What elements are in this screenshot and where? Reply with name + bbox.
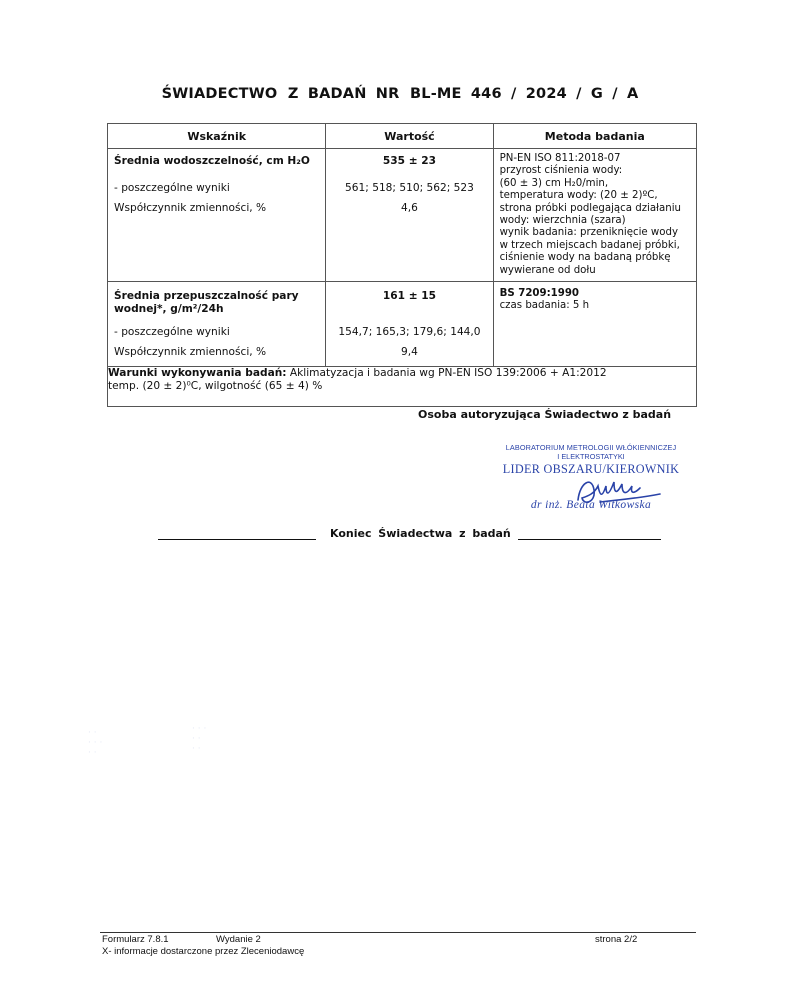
conditions-line2: temp. (20 ± 2)⁰C, wilgotność (65 ± 4) % xyxy=(108,380,696,393)
method-line: wywierane od dołu xyxy=(500,265,690,277)
method-line: wynik badania: przeniknięcie wody xyxy=(500,227,690,239)
authorizing-person-label: Osoba autoryzująca Świadectwo z badań xyxy=(418,408,671,421)
header-value: Wartość xyxy=(326,124,493,149)
cv-value: 4,6 xyxy=(332,198,486,218)
individual-results-label: - poszczególne wyniki xyxy=(114,322,319,342)
method-line: czas badania: 5 h xyxy=(500,300,690,312)
signature-icon xyxy=(570,472,680,512)
method-line: strona próbki podlegająca działaniu xyxy=(500,203,690,215)
value-cell: 535 ± 23 561; 518; 510; 562; 523 4,6 xyxy=(326,149,493,282)
method-line: ciśnienie wody na badaną próbkę xyxy=(500,252,690,264)
footnote: X- informacje dostarczone przez Zlecenio… xyxy=(102,946,304,958)
conditions-label: Warunki wykonywania badań: xyxy=(108,367,287,379)
method-line: temperatura wody: (20 ± 2)ºC, xyxy=(500,190,690,202)
individual-results-label: - poszczególne wyniki xyxy=(114,178,319,198)
conditions-text: Aklimatyzacja i badania wg PN-EN ISO 139… xyxy=(287,367,607,379)
results-table: Wskaźnik Wartość Metoda badania Średnia … xyxy=(107,123,697,407)
mean-value: 535 ± 23 xyxy=(332,154,486,178)
stamp-lab-name: LABORATORIUM METROLOGII WŁÓKIENNICZEJ xyxy=(500,443,682,452)
individual-results: 154,7; 165,3; 179,6; 144,0 xyxy=(332,322,486,342)
stamp-lab-name-2: I ELEKTROSTATYKI xyxy=(500,452,682,461)
method-line: przyrost ciśnienia wody: xyxy=(500,165,690,177)
divider-right xyxy=(518,539,661,540)
title-part2: Z BADAŃ NR xyxy=(288,86,400,102)
faint-watermark-left: · ·· · · · · xyxy=(88,728,102,758)
method-line: wody: wierzchnia (szara) xyxy=(500,215,690,227)
method-line: PN-EN ISO 811:2018-07 xyxy=(500,153,690,165)
table-row: Średnia przepuszczalność pary wodnej*, g… xyxy=(108,282,697,367)
indicator-cell: Średnia przepuszczalność pary wodnej*, g… xyxy=(108,282,326,367)
method-cell: PN-EN ISO 811:2018-07 przyrost ciśnienia… xyxy=(493,149,696,282)
value-cell: 161 ± 15 154,7; 165,3; 179,6; 144,0 9,4 xyxy=(326,282,493,367)
conditions-row: Warunki wykonywania badań: Aklimatyzacja… xyxy=(108,367,697,407)
cv-label: Współczynnik zmienności, % xyxy=(114,342,319,362)
certificate-number: BL-ME 446 / 2024 / G / A xyxy=(410,86,638,102)
method-cell: BS 7209:1990 czas badania: 5 h xyxy=(493,282,696,367)
form-number: Formularz 7.8.1 xyxy=(102,934,169,946)
end-marker-label: Koniec Świadectwa z badań xyxy=(330,527,511,540)
header-method: Metoda badania xyxy=(493,124,696,149)
page-number: strona 2/2 xyxy=(595,934,637,946)
indicator-name: Średnia wodoszczelność, cm H₂O xyxy=(114,154,319,178)
indicator-name: Średnia przepuszczalność pary wodnej*, g… xyxy=(114,287,319,322)
header-indicator: Wskaźnik xyxy=(108,124,326,149)
faint-watermark-right: · · · · ·· · xyxy=(192,724,206,754)
individual-results: 561; 518; 510; 562; 523 xyxy=(332,178,486,198)
indicator-cell: Średnia wodoszczelność, cm H₂O - poszcze… xyxy=(108,149,326,282)
cv-value: 9,4 xyxy=(332,342,486,362)
title-part1: ŚWIADECTWO xyxy=(162,86,278,102)
document-title: ŚWIADECTWO Z BADAŃ NR BL-ME 446 / 2024 /… xyxy=(0,86,800,102)
edition: Wydanie 2 xyxy=(216,934,261,946)
footer-divider xyxy=(100,932,696,933)
divider-left xyxy=(158,539,316,540)
method-standard: BS 7209:1990 xyxy=(500,288,690,300)
conditions-cell: Warunki wykonywania badań: Aklimatyzacja… xyxy=(108,367,697,407)
mean-value: 161 ± 15 xyxy=(332,287,486,322)
method-line: w trzech miejscach badanej próbki, xyxy=(500,240,690,252)
table-row: Średnia wodoszczelność, cm H₂O - poszcze… xyxy=(108,149,697,282)
method-line: (60 ± 3) cm H₂0/min, xyxy=(500,178,690,190)
table-header-row: Wskaźnik Wartość Metoda badania xyxy=(108,124,697,149)
cv-label: Współczynnik zmienności, % xyxy=(114,198,319,218)
